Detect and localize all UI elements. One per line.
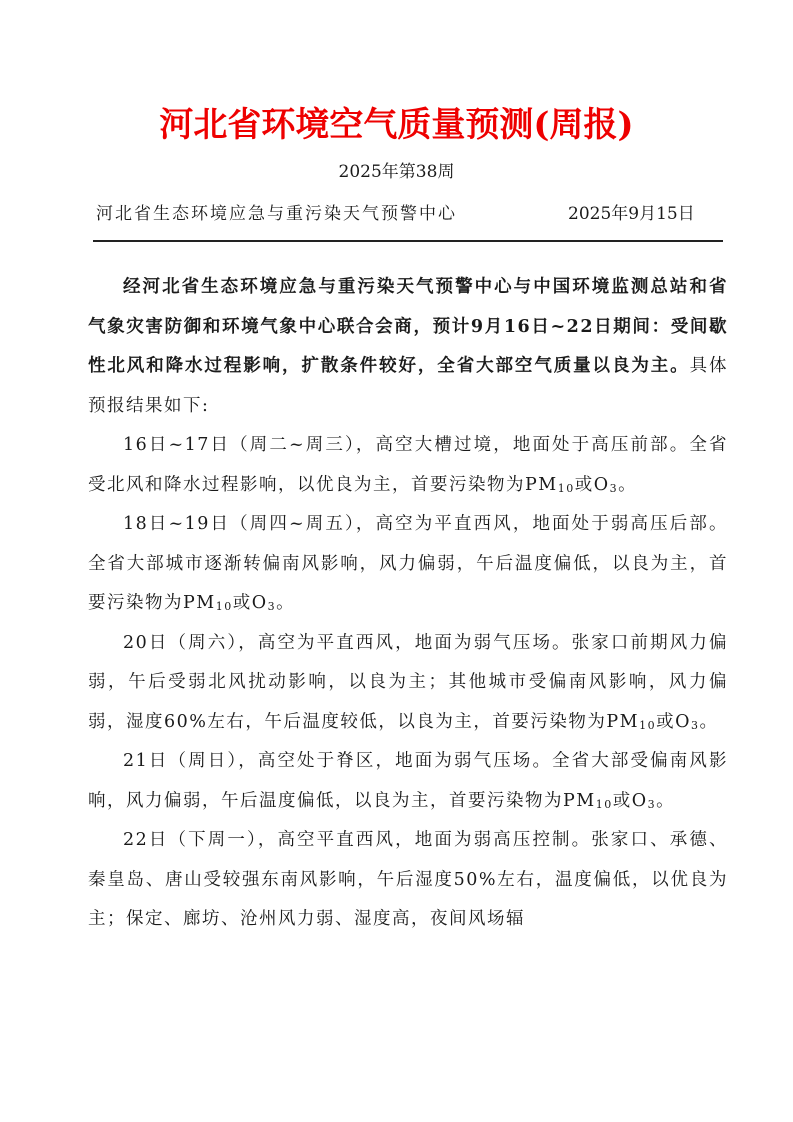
period: 。 [656,791,675,811]
pollutant-pm-subscript: 10 [596,798,613,811]
report-week: 2025年第38周 [0,160,793,184]
report-title: 河北省环境空气质量预测(周报) [0,100,793,150]
forecast-paragraph: 21日（周日），高空处于脊区，地面为弱气压场。全省大部受偏南风影响，风力偏弱，午… [88,742,728,821]
pollutant-o: O [675,712,691,732]
forecast-paragraph: 16日~17日（周二~周三），高空大槽过境，地面处于高压前部。全省受北风和降水过… [88,426,728,505]
conjunction: 或 [233,593,252,613]
pollutant-o-subscript: 3 [610,482,619,495]
pollutant-pm-subscript: 10 [216,600,233,613]
pollutant-pm: PM [563,791,596,811]
pollutant-pm: PM [606,712,639,732]
conjunction: 或 [613,791,632,811]
conjunction: 或 [575,475,594,495]
pollutant-pm: PM [183,593,216,613]
conjunction: 或 [656,712,675,732]
period: 。 [699,712,718,732]
pollutant-o-subscript: 3 [268,600,277,613]
pollutant-pm-subscript: 10 [639,719,656,732]
report-body: 经河北省生态环境应急与重污染天气预警中心与中国环境监测总站和省气象灾害防御和环境… [88,268,728,940]
pollutant-pm-subscript: 10 [558,482,575,495]
forecast-paragraph: 20日（周六），高空为平直西风，地面为弱气压场。张家口前期风力偏弱，午后受弱北风… [88,624,728,743]
pollutant-o: O [252,593,268,613]
intro-paragraph: 经河北省生态环境应急与重污染天气预警中心与中国环境监测总站和省气象灾害防御和环境… [88,268,728,426]
pollutant-o-subscript: 3 [648,798,657,811]
issue-date: 2025年9月15日 [568,201,695,227]
header-divider [93,240,723,242]
forecast-paragraph: 22日（下周一），高空平直西风，地面为弱高压控制。张家口、承德、秦皇岛、唐山受较… [88,821,728,940]
pollutant-pm: PM [525,475,558,495]
intro-summary: 经河北省生态环境应急与重污染天气预警中心与中国环境监测总站和省气象灾害防御和环境… [88,277,728,376]
pollutant-o: O [594,475,610,495]
forecast-text: 22日（下周一），高空平直西风，地面为弱高压控制。张家口、承德、秦皇岛、唐山受较… [88,830,728,929]
issuing-organization: 河北省生态环境应急与重污染天气预警中心 [96,201,457,227]
period: 。 [276,593,295,613]
forecast-paragraph: 18日~19日（周四~周五），高空为平直西风，地面处于弱高压后部。全省大部城市逐… [88,505,728,624]
pollutant-o: O [632,791,648,811]
period: 。 [618,475,637,495]
